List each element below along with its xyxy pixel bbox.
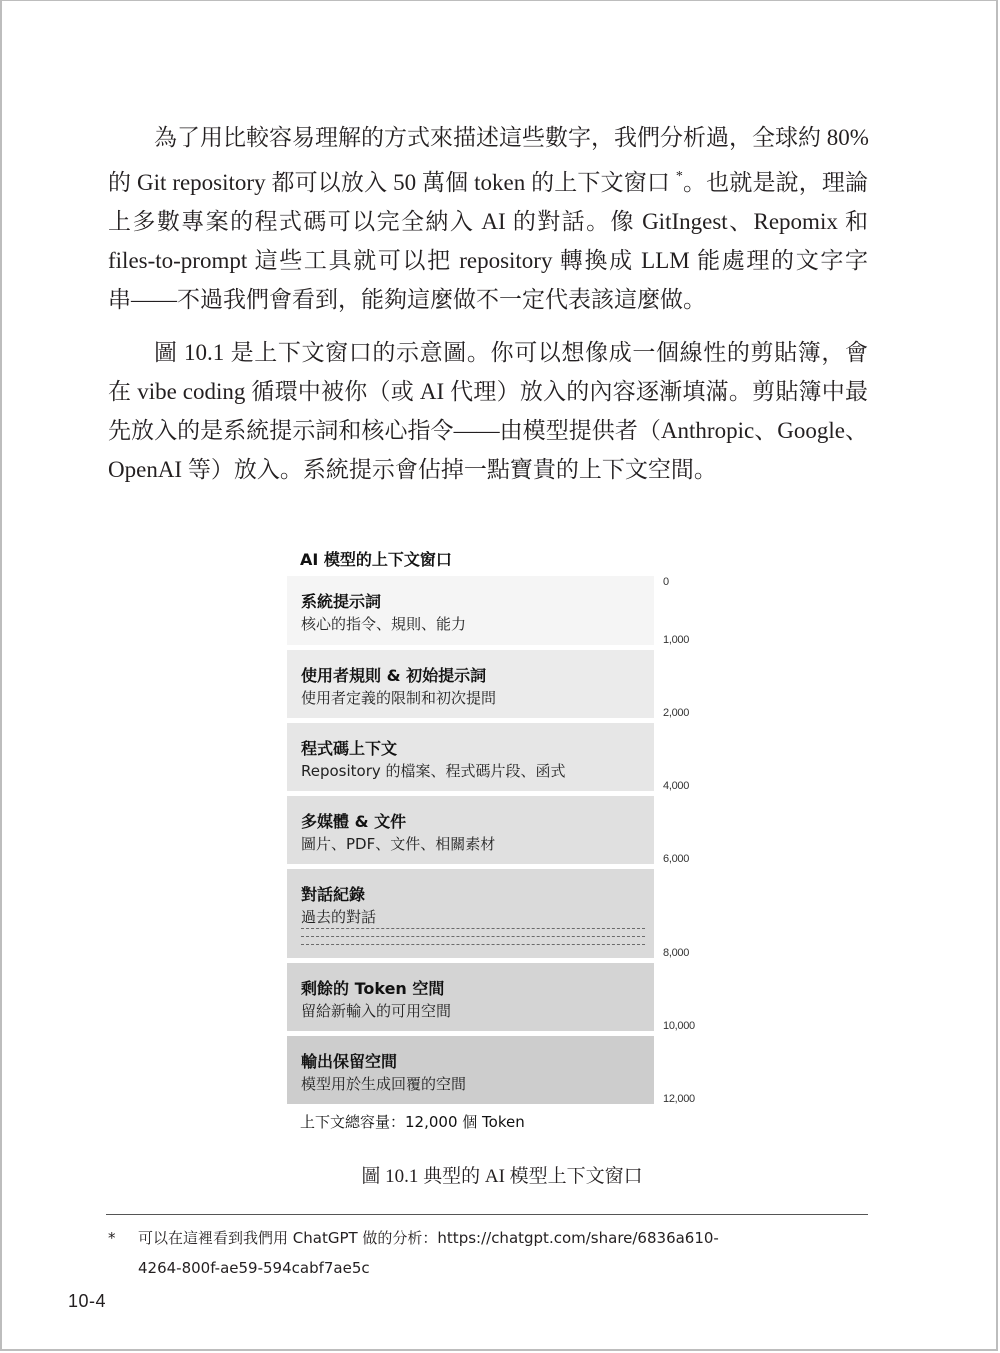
paragraph-line: files-to-prompt 這些工具就可以把 repository 轉換成 … <box>108 241 868 280</box>
paragraph-line: 的 Git repository 都可以放入 50 萬個 token 的上下文窗… <box>108 157 868 202</box>
paragraph-1: 為了用比較容易理解的方式來描述這些數字，我們分析過，全球約 80% 的 Git … <box>108 118 868 319</box>
axis-label: 2,000 <box>663 707 689 719</box>
block-subtitle: 留給新輸入的可用空間 <box>301 1000 451 1021</box>
footnote-mark: * <box>108 1223 128 1253</box>
axis-label: 8,000 <box>663 947 689 959</box>
block-subtitle: Repository 的檔案、程式碼片段、函式 <box>301 760 566 781</box>
paragraph-line: 圖 10.1 是上下文窗口的示意圖。你可以想像成一個線性的剪貼簿，會 <box>108 333 868 372</box>
dashed-divider <box>301 936 645 938</box>
total-capacity-label: 上下文總容量：12,000 個 Token <box>300 1111 525 1132</box>
dashed-divider <box>301 944 645 946</box>
axis-label: 4,000 <box>663 780 689 792</box>
paragraph-line: 上多數專案的程式碼可以完全納入 AI 的對話。像 GitIngest、Repom… <box>108 202 868 241</box>
page-number: 10-4 <box>68 1291 106 1312</box>
paragraph-line: 在 vibe coding 循環中被你（或 AI 代理）放入的內容逐漸填滿。剪貼… <box>108 372 868 411</box>
block-subtitle: 使用者定義的限制和初次提問 <box>301 687 496 708</box>
block-conversation-history: 對話紀錄 過去的對話 <box>287 869 654 958</box>
footnote-divider <box>106 1214 868 1215</box>
paragraph-line: 為了用比較容易理解的方式來描述這些數字，我們分析過，全球約 80% <box>108 118 868 157</box>
footnote-line[interactable]: 4264-800f-ae59-594cabf7ae5c <box>138 1253 874 1283</box>
block-subtitle: 圖片、PDF、文件、相關素材 <box>301 833 495 854</box>
block-title: 輸出保留空間 <box>301 1049 397 1072</box>
block-subtitle: 過去的對話 <box>301 906 376 927</box>
book-page: 為了用比較容易理解的方式來描述這些數字，我們分析過，全球約 80% 的 Git … <box>0 0 998 1351</box>
figure-caption: 圖 10.1 典型的 AI 模型上下文窗口 <box>2 1161 1000 1188</box>
axis-label: 1,000 <box>663 634 689 646</box>
axis-label: 6,000 <box>663 853 689 865</box>
block-subtitle: 核心的指令、規則、能力 <box>301 613 466 634</box>
block-multimedia: 多媒體 & 文件 圖片、PDF、文件、相關素材 <box>287 796 654 864</box>
block-remaining-tokens: 剩餘的 Token 空間 留給新輸入的可用空間 <box>287 963 654 1031</box>
axis-label: 0 <box>663 576 669 588</box>
figure-title: AI 模型的上下文窗口 <box>300 547 452 570</box>
block-output-reserve: 輸出保留空間 模型用於生成回覆的空間 <box>287 1036 654 1104</box>
axis-label: 10,000 <box>663 1020 695 1032</box>
footnote-marker[interactable]: * <box>676 169 683 184</box>
footnote-line[interactable]: 可以在這裡看到我們用 ChatGPT 做的分析：https://chatgpt.… <box>138 1223 874 1253</box>
block-code-context: 程式碼上下文 Repository 的檔案、程式碼片段、函式 <box>287 723 654 791</box>
block-title: 使用者規則 & 初始提示詞 <box>301 663 486 686</box>
block-title: 對話紀錄 <box>301 882 365 905</box>
block-title: 剩餘的 Token 空間 <box>301 976 444 999</box>
block-system-prompt: 系統提示詞 核心的指令、規則、能力 <box>287 576 654 645</box>
block-title: 系統提示詞 <box>301 589 381 612</box>
block-title: 程式碼上下文 <box>301 736 397 759</box>
block-subtitle: 模型用於生成回覆的空間 <box>301 1073 466 1094</box>
dashed-divider <box>301 928 645 930</box>
paragraph-line: 串——不過我們會看到，能夠這麼做不一定代表該這麼做。 <box>108 280 868 319</box>
footnote: * 可以在這裡看到我們用 ChatGPT 做的分析：https://chatgp… <box>108 1223 874 1283</box>
paragraph-line: OpenAI 等）放入。系統提示會佔掉一點寶貴的上下文空間。 <box>108 450 868 489</box>
paragraph-2: 圖 10.1 是上下文窗口的示意圖。你可以想像成一個線性的剪貼簿，會 在 vib… <box>108 333 868 489</box>
line-text: 。也就是說，理論 <box>683 170 868 195</box>
axis-label: 12,000 <box>663 1093 695 1105</box>
block-user-rules: 使用者規則 & 初始提示詞 使用者定義的限制和初次提問 <box>287 650 654 718</box>
paragraph-line: 先放入的是系統提示詞和核心指令——由模型提供者（Anthropic、Google… <box>108 411 868 450</box>
block-title: 多媒體 & 文件 <box>301 809 406 832</box>
line-text: 的 Git repository 都可以放入 50 萬個 token 的上下文窗… <box>108 170 670 195</box>
